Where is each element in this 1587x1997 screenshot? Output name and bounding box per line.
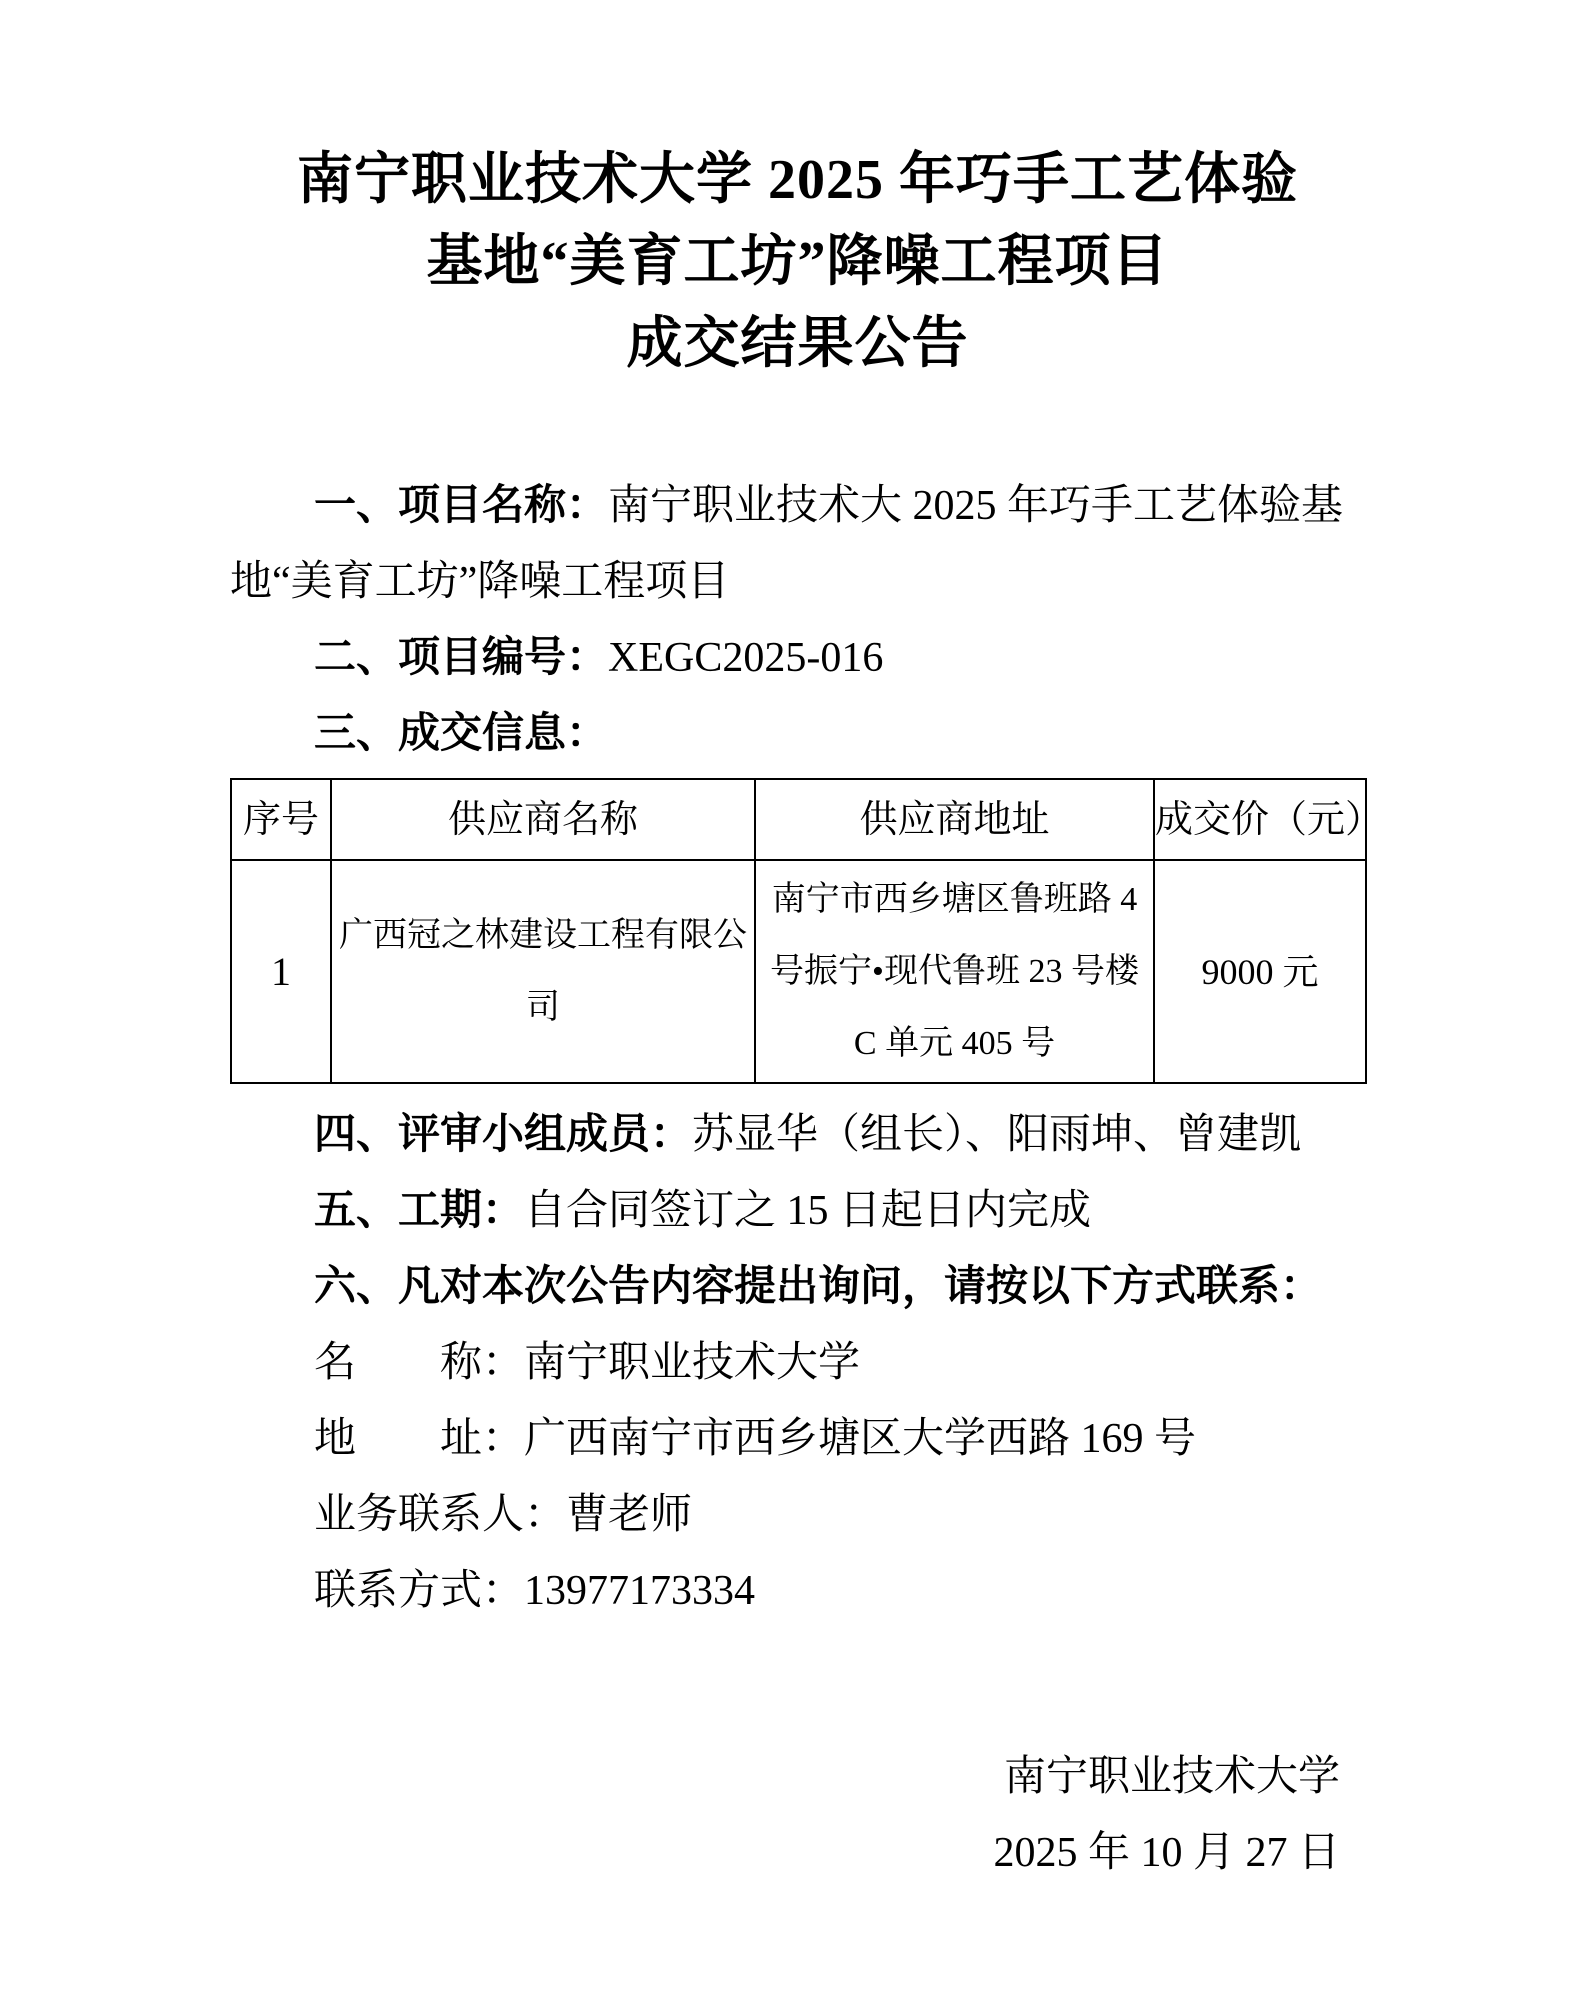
header-no: 序号 (231, 779, 331, 860)
table-row: 1 广西冠之林建设工程有限公司 南宁市西乡塘区鲁班路 4 号振宁•现代鲁班 23… (231, 860, 1366, 1083)
contact-phone-value: 13977173334 (524, 1568, 755, 1614)
cell-deal-price: 9000 元 (1154, 860, 1366, 1083)
contact-person-line: 业务联系人：曹老师 (230, 1477, 1365, 1553)
section-duration-label: 五、工期： (314, 1188, 524, 1234)
cell-supplier-address: 南宁市西乡塘区鲁班路 4 号振宁•现代鲁班 23 号楼 C 单元 405 号 (755, 860, 1154, 1083)
section-inquiry: 六、凡对本次公告内容提出询问，请按以下方式联系： (230, 1249, 1365, 1325)
section-project-name: 一、项目名称：南宁职业技术大 2025 年巧手工艺体验基 地“美育工坊”降噪工程… (230, 468, 1365, 620)
header-supplier-name: 供应商名称 (331, 779, 755, 860)
section-project-number: 二、项目编号：XEGC2025-016 (230, 620, 1365, 696)
signature-block: 南宁职业技术大学 2025 年 10 月 27 日 (230, 1739, 1365, 1891)
section-project-name-text-line2: 地“美育工坊”降噪工程项目 (230, 544, 1365, 620)
cell-supplier-name: 广西冠之林建设工程有限公司 (331, 860, 755, 1083)
signature-organization: 南宁职业技术大学 (230, 1739, 1340, 1815)
contact-name-line: 名 称：南宁职业技术大学 (230, 1325, 1365, 1401)
header-deal-price: 成交价（元） (1154, 779, 1366, 860)
section-inquiry-label: 六、凡对本次公告内容提出询问，请按以下方式联系： (314, 1264, 1322, 1310)
address-line-1: 南宁市西乡塘区鲁班路 4 (756, 864, 1153, 936)
contact-address-value: 广西南宁市西乡塘区大学西路 169 号 (524, 1416, 1196, 1462)
title-line-1: 南宁职业技术大学 2025 年巧手工艺体验 (230, 139, 1365, 221)
contact-phone-label: 联系方式： (314, 1568, 524, 1614)
cell-no: 1 (231, 860, 331, 1083)
contact-name-label: 名 称： (314, 1340, 524, 1386)
review-team-members: 苏显华（组长）、阳雨坤、曾建凯 (692, 1112, 1301, 1158)
contact-address-label: 地 址： (314, 1416, 524, 1462)
contact-phone-line: 联系方式：13977173334 (230, 1553, 1365, 1629)
address-line-2: 号振宁•现代鲁班 23 号楼 (756, 936, 1153, 1008)
contact-person-value: 曹老师 (566, 1492, 692, 1538)
document-title: 南宁职业技术大学 2025 年巧手工艺体验 基地“美育工坊”降噪工程项目 成交结… (230, 139, 1365, 385)
contact-name-value: 南宁职业技术大学 (524, 1340, 860, 1386)
address-line-3: C 单元 405 号 (756, 1008, 1153, 1080)
section-review-team-label: 四、评审小组成员： (314, 1112, 692, 1158)
section-project-name-text: 南宁职业技术大 2025 年巧手工艺体验基 (608, 483, 1343, 529)
document-body: 一、项目名称：南宁职业技术大 2025 年巧手工艺体验基 地“美育工坊”降噪工程… (230, 468, 1365, 1891)
header-supplier-address: 供应商地址 (755, 779, 1154, 860)
section-duration: 五、工期：自合同签订之 15 日起日内完成 (230, 1173, 1365, 1249)
contact-address-line: 地 址：广西南宁市西乡塘区大学西路 169 号 (230, 1401, 1365, 1477)
section-review-team: 四、评审小组成员：苏显华（组长）、阳雨坤、曾建凯 (230, 1097, 1365, 1173)
table-header-row: 序号 供应商名称 供应商地址 成交价（元） (231, 779, 1366, 860)
title-line-3: 成交结果公告 (230, 303, 1365, 385)
section-project-number-label: 二、项目编号： (314, 635, 608, 681)
document-page: 南宁职业技术大学 2025 年巧手工艺体验 基地“美育工坊”降噪工程项目 成交结… (0, 0, 1587, 1997)
section-deal-info: 三、成交信息： (230, 696, 1365, 772)
project-number-value: XEGC2025-016 (608, 635, 883, 681)
section-deal-info-label: 三、成交信息： (314, 711, 608, 757)
section-project-name-label: 一、项目名称： (314, 483, 608, 529)
duration-value: 自合同签订之 15 日起日内完成 (524, 1188, 1091, 1234)
contact-person-label: 业务联系人： (314, 1492, 566, 1538)
signature-date: 2025 年 10 月 27 日 (230, 1815, 1340, 1891)
deal-info-table: 序号 供应商名称 供应商地址 成交价（元） 1 广西冠之林建设工程有限公司 南宁… (230, 778, 1367, 1084)
title-line-2: 基地“美育工坊”降噪工程项目 (230, 221, 1365, 303)
